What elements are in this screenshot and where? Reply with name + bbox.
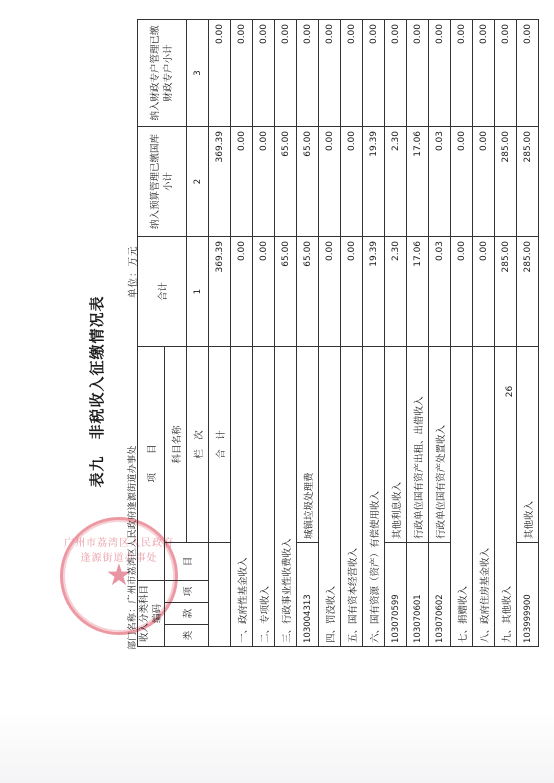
header-kuan: 款 — [165, 603, 209, 625]
value-special: 0.00 — [363, 19, 385, 126]
value-special: 0.00 — [231, 19, 253, 126]
subject-code: 103004313 — [297, 543, 319, 647]
value-total: 0.00 — [451, 236, 473, 346]
subject-name: 四、罚没收入 — [319, 346, 341, 646]
table-row: 四、罚没收入0.000.000.00 — [319, 19, 341, 646]
grand-total-row: 合 计 369.39 369.39 0.00 — [209, 19, 231, 646]
col-index-2: 2 — [187, 126, 209, 236]
subject-name: 二、专项收入 — [253, 346, 275, 646]
table-row: 一、政府性基金收入0.000.000.00 — [231, 19, 253, 646]
table-row: 103004313城镇垃圾处理费65.0065.000.00 — [297, 19, 319, 646]
value-total: 0.03 — [429, 236, 451, 346]
value-total: 65.00 — [297, 236, 319, 346]
table-title: 非税收入征缴情况表 — [88, 295, 106, 439]
value-budget: 17.06 — [407, 126, 429, 236]
value-budget: 0.03 — [429, 126, 451, 236]
table-row: 103070602行政单位国有资产处置收入0.030.030.00 — [429, 19, 451, 646]
value-special: 0.00 — [341, 19, 363, 126]
grand-total-special: 0.00 — [209, 19, 231, 126]
table-row: 五、国有资本经营收入0.000.000.00 — [341, 19, 363, 646]
value-total: 0.00 — [319, 236, 341, 346]
value-special: 0.00 — [429, 19, 451, 126]
subject-code: 103070602 — [429, 543, 451, 647]
page-title: 表九非税收入征缴情况表 — [86, 0, 107, 783]
subject-name: 城镇垃圾处理费 — [297, 346, 319, 542]
header-subject-name: 科目名称 — [165, 346, 187, 542]
subject-name: 行政单位国有资产处置收入 — [429, 346, 451, 542]
value-budget: 0.00 — [319, 126, 341, 236]
page-number: 26 — [505, 0, 515, 783]
subject-code: 103999900 — [517, 543, 539, 647]
value-special: 0.00 — [407, 19, 429, 126]
value-budget: 19.39 — [363, 126, 385, 236]
value-total: 285.00 — [517, 236, 539, 346]
value-budget: 0.00 — [253, 126, 275, 236]
value-special: 0.00 — [297, 19, 319, 126]
value-special: 0.00 — [319, 19, 341, 126]
subject-name: 一、政府性基金收入 — [231, 346, 253, 646]
value-special: 0.00 — [451, 19, 473, 126]
value-budget: 65.00 — [275, 126, 297, 236]
value-budget: 0.00 — [341, 126, 363, 236]
subject-name: 其他收入 — [517, 346, 539, 542]
value-special: 0.00 — [517, 19, 539, 126]
value-total: 2.30 — [385, 236, 407, 346]
header-xiang: 项 — [165, 581, 209, 603]
header-column-label: 栏 次 — [187, 346, 209, 542]
subject-name: 八、政府住房基金收入 — [473, 346, 495, 646]
value-special: 0.00 — [473, 19, 495, 126]
rotated-document-page: 广州市荔湾区人民政府逢源街道办事处 ★ 表九非税收入征缴情况表 部门名称：广州市… — [0, 0, 554, 783]
table-row: 三、行政事业性收费收入65.0065.000.00 — [275, 19, 297, 646]
value-budget: 285.00 — [517, 126, 539, 236]
value-budget: 2.30 — [385, 126, 407, 236]
value-special: 0.00 — [275, 19, 297, 126]
value-total: 0.00 — [341, 236, 363, 346]
subject-name: 三、行政事业性收费收入 — [275, 346, 297, 646]
table-row: 103070599其他利息收入2.302.300.00 — [385, 19, 407, 646]
non-tax-revenue-table: 收入分类科目编码 项 目 合计 纳入预算管理已缴国库小计 纳入财政专户管理已缴财… — [137, 19, 539, 647]
value-budget: 0.00 — [451, 126, 473, 236]
header-total: 合计 — [138, 236, 187, 346]
table-row: 103070601行政单位国有资产出租、出借收入17.0617.060.00 — [407, 19, 429, 646]
subject-name: 五、国有资本经营收入 — [341, 346, 363, 646]
header-special: 纳入财政专户管理已缴财政专户小计 — [138, 19, 187, 126]
table-number: 表九 — [88, 456, 106, 488]
subject-code: 103070599 — [385, 543, 407, 647]
value-budget: 0.00 — [473, 126, 495, 236]
value-special: 0.00 — [253, 19, 275, 126]
subject-code: 103070601 — [407, 543, 429, 647]
header-project: 项 目 — [138, 346, 165, 580]
table-row: 八、政府住房基金收入0.000.000.00 — [473, 19, 495, 646]
value-total: 19.39 — [363, 236, 385, 346]
value-budget: 0.00 — [231, 126, 253, 236]
subject-name: 六、国有资源（资产）有偿使用收入 — [363, 346, 385, 646]
value-budget: 65.00 — [297, 126, 319, 236]
value-total: 0.00 — [253, 236, 275, 346]
col-index-3: 3 — [187, 19, 209, 126]
header-lei: 类 — [165, 625, 209, 647]
grand-total-total: 369.39 — [209, 236, 231, 346]
table-row: 103999900其他收入285.00285.000.00 — [517, 19, 539, 646]
header-code-group: 收入分类科目编码 — [138, 581, 165, 647]
grand-total-label: 合 计 — [209, 346, 231, 542]
table-row: 七、捐赠收入0.000.000.00 — [451, 19, 473, 646]
col-index-1: 1 — [187, 236, 209, 346]
value-total: 0.00 — [473, 236, 495, 346]
value-total: 65.00 — [275, 236, 297, 346]
grand-total-budget: 369.39 — [209, 126, 231, 236]
table-row: 二、专项收入0.000.000.00 — [253, 19, 275, 646]
value-total: 17.06 — [407, 236, 429, 346]
subject-name: 七、捐赠收入 — [451, 346, 473, 646]
table-row: 六、国有资源（资产）有偿使用收入19.3919.390.00 — [363, 19, 385, 646]
subject-name: 行政单位国有资产出租、出借收入 — [407, 346, 429, 542]
header-mu: 目 — [165, 543, 209, 581]
value-special: 0.00 — [385, 19, 407, 126]
value-total: 0.00 — [231, 236, 253, 346]
subject-name: 其他利息收入 — [385, 346, 407, 542]
header-budget: 纳入预算管理已缴国库小计 — [138, 126, 187, 236]
